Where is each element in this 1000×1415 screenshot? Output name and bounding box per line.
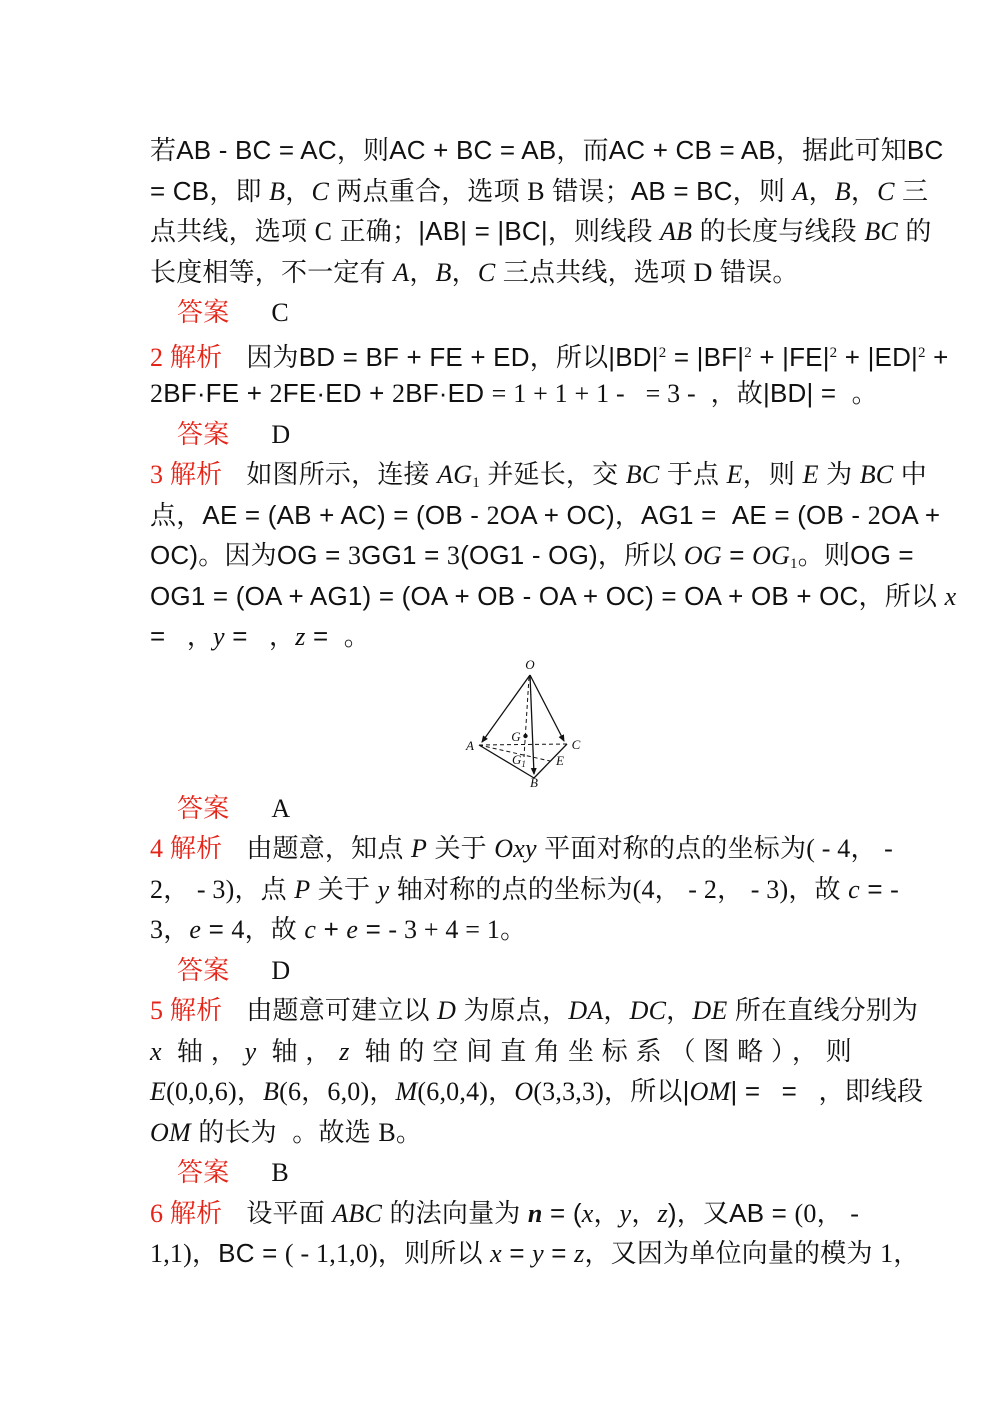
text-run: (0 — [795, 1199, 817, 1228]
text-run: y — [620, 1199, 632, 1228]
answer-line: 答案D — [150, 950, 852, 991]
text-run: x — [582, 1199, 594, 1228]
document-body: 若AB - BC = AC，则AC + BC = AB，而AC + CB = A… — [150, 130, 852, 1274]
text-run: B — [527, 177, 545, 206]
text-run: C — [877, 177, 895, 206]
text-run: 解析 — [170, 833, 222, 863]
answer-line: 答案B — [150, 1152, 852, 1193]
text-run: y — [245, 1037, 257, 1066]
text-run: GG1 = — [361, 540, 447, 570]
text-run: z — [574, 1239, 584, 1268]
text-run: DA — [568, 996, 603, 1025]
text-run: 2 — [487, 501, 500, 530]
text-run: ABC — [332, 1199, 382, 1228]
tetrahedron-figure-wrap: O A C B G G1 E — [150, 657, 852, 788]
text-run: 关于 — [427, 833, 494, 863]
answer-value: D — [271, 420, 290, 449]
text-run: ，又因为单位向量的模为 — [584, 1238, 880, 1268]
text-run: + |ED| — [837, 342, 918, 372]
answer-gap — [229, 442, 271, 443]
text-run — [222, 482, 246, 483]
text-run: ， — [452, 257, 478, 287]
text-run: ， — [269, 621, 295, 651]
text-run: C — [478, 258, 496, 287]
text-line: 点，AE = (AB + AC) = (OB - 2OA + OC)，AG1 =… — [150, 495, 852, 536]
answer-label: 答案 — [177, 793, 229, 823]
text-run — [336, 644, 344, 645]
text-run: O — [514, 1077, 533, 1106]
text-run: 正确；|AB| = |BC|，则线段 — [332, 216, 660, 246]
text-run: BF·FE + — [163, 378, 269, 408]
answer-value: D — [271, 956, 290, 985]
text-run — [173, 644, 187, 645]
text-run: 2 — [392, 379, 405, 408]
text-line: x 轴，y 轴，z 轴的空间直角坐标系（图略），则 — [150, 1031, 852, 1072]
answer-value: A — [271, 794, 290, 823]
text-run: C — [315, 217, 333, 246]
figure-label-E: E — [555, 753, 564, 768]
text-run: n — [528, 1199, 543, 1228]
text-run: 。 — [852, 378, 878, 408]
text-line: 长度相等，不一定有 A，B，C 三点共线，选项 D 错误。 — [150, 252, 852, 293]
answer-gap — [229, 978, 271, 979]
text-line: OM 的长为 。故选 B。 — [150, 1112, 852, 1153]
figure-label-G: G — [511, 729, 521, 744]
text-run: P — [411, 834, 427, 863]
text-run: ， — [603, 995, 629, 1025]
text-run: AG — [437, 460, 472, 489]
text-run: e — [346, 915, 358, 944]
figure-label-B: B — [530, 775, 538, 788]
text-run: 2 — [744, 345, 752, 361]
text-run: y — [378, 875, 390, 904]
text-run: 6 — [150, 1199, 170, 1228]
text-run — [222, 856, 246, 857]
text-run: 轴的空间直角坐标系（图略），则 — [350, 1036, 852, 1066]
text-run: 。 — [396, 1117, 422, 1147]
text-run: 因为BD = BF + FE + ED，所以|BD| — [246, 342, 658, 372]
text-run: + |FE| — [752, 342, 830, 372]
answer-label: 答案 — [177, 297, 229, 327]
text-run: )，又AB = — [668, 1198, 795, 1228]
text-run — [804, 1099, 818, 1100]
text-run: ，故 — [788, 874, 848, 904]
text-line: OG1 = (OA + AG1) = (OA + OB - OA + OC) =… — [150, 576, 852, 617]
text-run: B — [436, 258, 452, 287]
text-run: 6,0) — [327, 1077, 369, 1106]
text-run: OM — [690, 1077, 731, 1106]
vector-OA — [482, 675, 530, 742]
text-run: B — [263, 1077, 279, 1106]
text-run: E — [727, 460, 743, 489]
text-run: c — [848, 875, 860, 904]
text-run: 3 — [447, 541, 460, 570]
tetrahedron-figure: O A C B G G1 E — [450, 657, 615, 788]
text-run: z — [658, 1199, 668, 1228]
text-run: 关于 — [310, 874, 377, 904]
text-run: = ( — [543, 1198, 582, 1228]
figure-label-O: O — [525, 657, 535, 672]
text-line: E(0,0,6)，B(6，6,0)，M(6,0,4)，O(3,3,3)，所以|O… — [150, 1071, 852, 1112]
answer-line: 答案C — [150, 292, 852, 333]
answer-line: 答案A — [150, 788, 852, 829]
text-run: ，故 — [245, 914, 305, 944]
text-run — [222, 365, 246, 366]
text-run: ， — [187, 621, 213, 651]
text-run: 。故选 — [292, 1117, 378, 1147]
text-run: 错误；AB = BC，则 — [545, 176, 793, 206]
text-run: ， — [301, 1076, 327, 1106]
text-run: BC — [626, 460, 660, 489]
text-run — [768, 1099, 782, 1100]
text-run: A — [792, 177, 808, 206]
text-run: 2 — [150, 875, 163, 904]
answer-gap — [229, 320, 271, 321]
text-run: ， — [163, 914, 189, 944]
text-run: ， — [655, 874, 689, 904]
text-run: 解析 — [170, 1198, 222, 1228]
text-run: ， — [163, 874, 197, 904]
text-run: 平面对称的点的坐标为 — [537, 833, 806, 863]
text-run: ，所以| — [604, 1076, 690, 1106]
text-run: z — [295, 622, 305, 651]
text-run: = — [150, 621, 173, 651]
text-run: E — [150, 1077, 166, 1106]
text-run: 2 — [868, 501, 881, 530]
text-run: 1 — [790, 556, 798, 572]
text-run: - — [890, 875, 899, 904]
answer-value: C — [271, 298, 289, 327]
text-run: ，点 — [234, 874, 294, 904]
text-line: 1,1)，BC = ( - 1,1,0)，则所以 x = y = z，又因为单位… — [150, 1233, 852, 1274]
text-run: M — [396, 1077, 418, 1106]
text-run: 解析 — [170, 995, 222, 1025]
text-run: ( - 1,1,0) — [285, 1239, 378, 1268]
text-run: 3 — [348, 541, 361, 570]
answer-label: 答案 — [177, 955, 229, 985]
text-line: OC)。因为OG = 3GG1 = 3(OG1 - OG)，所以 OG = OG… — [150, 535, 852, 576]
text-run: 点，AE = (AB + AC) = (OB - — [150, 500, 487, 530]
text-run: = |BF| — [666, 342, 744, 372]
answer-gap — [229, 1180, 271, 1181]
text-run: + — [926, 342, 949, 372]
text-run: 轴， — [162, 1036, 245, 1066]
text-run: OC)。因为OG = — [150, 540, 348, 570]
text-run: ，BC = — [192, 1238, 285, 1268]
text-run: y — [532, 1239, 544, 1268]
text-run: 由题意，知点 — [246, 833, 411, 863]
text-run: Oxy — [494, 834, 536, 863]
text-run: 长度相等，不一定有 — [150, 257, 393, 287]
text-run: e — [189, 915, 201, 944]
text-run: - — [850, 1199, 859, 1228]
text-run: ，则所以 — [378, 1238, 490, 1268]
text-run: = — [306, 621, 336, 651]
text-run: E — [803, 460, 819, 489]
text-run: = — [502, 1238, 532, 1268]
text-run: 错误。 — [713, 257, 799, 287]
text-run: ，则 — [743, 459, 803, 489]
text-run: x — [945, 582, 957, 611]
text-run: 4 — [231, 915, 244, 944]
text-run: + — [316, 914, 346, 944]
text-run: B — [378, 1118, 396, 1147]
text-run: BF·ED — [405, 378, 491, 408]
text-run: DC — [630, 996, 667, 1025]
text-run: 2 — [270, 379, 283, 408]
answer-label: 答案 — [177, 419, 229, 449]
answer-label: 答案 — [177, 1157, 229, 1187]
answer-value: B — [271, 1158, 289, 1187]
text-run: OG1 = (OA + AG1) = (OA + OB - OA + OC) =… — [150, 581, 945, 611]
text-run: = — [225, 621, 255, 651]
text-run: (4 — [633, 875, 655, 904]
text-run: 为 — [819, 459, 860, 489]
answer-gap — [229, 816, 271, 817]
text-run: OG — [684, 541, 722, 570]
text-run: 。 — [500, 914, 526, 944]
text-run: = — [860, 874, 890, 904]
text-line: 2， - 3)，点 P 关于 y 轴对称的点的坐标为(4， - 2， - 3)，… — [150, 869, 852, 910]
text-run: 4 — [150, 834, 170, 863]
text-run: = CB，即 — [150, 176, 269, 206]
text-run: ， — [488, 1076, 514, 1106]
text-run: 三 — [895, 176, 929, 206]
text-run: 2 — [918, 345, 926, 361]
text-run: B — [269, 177, 285, 206]
point-G-dot — [523, 733, 527, 737]
text-line: 5 解析由题意可建立以 D 为原点，DA，DC，DE 所在直线分别为 — [150, 990, 852, 1031]
text-run: 两点重合，选项 — [329, 176, 527, 206]
text-run: ， — [631, 1198, 657, 1228]
text-run — [255, 644, 269, 645]
segment-O-G1-dashed — [524, 677, 529, 757]
text-run: DE — [692, 996, 727, 1025]
text-run: ， — [851, 176, 877, 206]
text-run: B — [835, 177, 851, 206]
vector-OC — [530, 675, 564, 741]
text-run: ， — [285, 176, 311, 206]
text-run: AB — [660, 217, 692, 246]
answer-line: 答案D — [150, 414, 852, 455]
text-run: ， — [593, 1198, 619, 1228]
text-run: 轴， — [256, 1036, 339, 1066]
text-run: 。 — [344, 621, 370, 651]
text-run: 的 — [898, 216, 932, 246]
text-run: ， — [817, 1198, 851, 1228]
text-run: (OG1 - OG)，所以 — [460, 540, 684, 570]
text-run: 中 — [893, 459, 927, 489]
text-run: 设平面 — [246, 1198, 332, 1228]
text-run — [724, 523, 732, 524]
text-run: 的长度与线段 — [692, 216, 864, 246]
text-run: - 3) — [197, 875, 235, 904]
text-run: ， — [851, 833, 885, 863]
edge-AC-dashed — [479, 744, 567, 745]
text-run: 于点 — [659, 459, 726, 489]
text-run — [222, 1018, 246, 1019]
text-run: 轴对称的点的坐标为 — [389, 874, 632, 904]
text-run: = — [722, 540, 752, 570]
text-run: D — [437, 996, 456, 1025]
text-run: 1 — [472, 475, 480, 491]
text-run: - 2 — [688, 875, 717, 904]
text-run: | = — [730, 1076, 767, 1106]
text-line: 点共线，选项 C 正确；|AB| = |BC|，则线段 AB 的长度与线段 BC… — [150, 211, 852, 252]
text-run: 1 — [880, 1239, 893, 1268]
text-run: FE·ED + — [283, 378, 392, 408]
text-line: = ，y = ，z = 。 — [150, 616, 852, 657]
figure-label-A: A — [465, 738, 474, 753]
text-run: 点共线，选项 — [150, 216, 315, 246]
text-run: ( - 4 — [806, 834, 850, 863]
text-run — [844, 401, 852, 402]
text-run: 并延长，交 — [480, 459, 626, 489]
text-run: 3 — [150, 460, 170, 489]
text-run: (6 — [279, 1077, 301, 1106]
text-run: 3 — [150, 915, 163, 944]
text-run: ， — [717, 874, 751, 904]
text-run: 由题意可建立以 — [246, 995, 437, 1025]
text-run: 的法向量为 — [382, 1198, 528, 1228]
figure-label-C: C — [572, 737, 581, 752]
text-run: - 3 + 4 = 1 — [388, 915, 500, 944]
text-run: 2 — [150, 343, 170, 372]
text-run: 的长为 — [191, 1117, 284, 1147]
text-run: 2 — [150, 379, 163, 408]
text-run: BC — [864, 217, 898, 246]
text-line: 2 解析因为BD = BF + FE + ED，所以|BD|2 = |BF|2 … — [150, 333, 852, 374]
text-run: ，即线段 — [818, 1076, 923, 1106]
text-run: ， — [409, 257, 435, 287]
text-line: 4 解析由题意，知点 P 关于 Oxy 平面对称的点的坐标为( - 4， - — [150, 828, 852, 869]
text-run: OA + — [881, 500, 940, 530]
text-run: P — [294, 875, 310, 904]
text-run: x — [150, 1037, 162, 1066]
text-run: = 3 - — [646, 379, 703, 408]
text-run: 1,1) — [150, 1239, 192, 1268]
text-run: (3,3,3) — [533, 1077, 604, 1106]
text-run: (6,0,4) — [417, 1077, 488, 1106]
text-run: ， — [666, 995, 692, 1025]
text-line: 3 解析如图所示，连接 AG1 并延长，交 BC 于点 E，则 E 为 BC 中 — [150, 454, 852, 495]
text-run: 所在直线分别为 — [727, 995, 918, 1025]
text-line: = CB，即 B，C 两点重合，选项 B 错误；AB = BC，则 A，B，C … — [150, 171, 852, 212]
text-run: c — [304, 915, 316, 944]
text-run: OG — [752, 541, 790, 570]
text-run: (0,0,6) — [166, 1077, 237, 1106]
text-line: 若AB - BC = AC，则AC + BC = AB，而AC + CB = A… — [150, 130, 852, 171]
text-line: 3，e = 4，故 c + e = - 3 + 4 = 1。 — [150, 909, 852, 950]
text-run: - — [884, 834, 893, 863]
text-run: ，故|BD| = — [711, 378, 844, 408]
text-run: = — [201, 914, 231, 944]
text-run — [632, 401, 646, 402]
text-run: AE = (OB - — [732, 500, 868, 530]
text-run: x — [490, 1239, 502, 1268]
text-run: ， — [809, 176, 835, 206]
text-run: ， — [893, 1238, 919, 1268]
text-run: 为原点， — [456, 995, 568, 1025]
vector-OB — [530, 675, 534, 774]
text-run: D — [694, 258, 713, 287]
text-run: 如图所示，连接 — [246, 459, 437, 489]
text-run: C — [311, 177, 329, 206]
text-run: = 1 + 1 + 1 - — [492, 379, 632, 408]
text-run: 5 — [150, 996, 170, 1025]
text-run: y — [213, 622, 225, 651]
text-run: = — [782, 1076, 805, 1106]
text-run: 。则OG = — [798, 540, 914, 570]
text-run: 若AB - BC = AC，则AC + BC = AB，而AC + CB = A… — [150, 135, 943, 165]
text-line: 2BF·FE + 2FE·ED + 2BF·ED = 1 + 1 + 1 - =… — [150, 373, 852, 414]
text-run: = — [544, 1238, 574, 1268]
document-page: 若AB - BC = AC，则AC + BC = AB，而AC + CB = A… — [0, 0, 1000, 1415]
text-run: BC — [860, 460, 894, 489]
text-run — [222, 1221, 246, 1222]
text-run: 三点共线，选项 — [495, 257, 693, 287]
text-run: OA + OC)，AG1 = — [500, 500, 724, 530]
text-run: A — [393, 258, 409, 287]
text-run: 解析 — [170, 342, 222, 372]
text-line: 6 解析设平面 ABC 的法向量为 n = (x，y，z)，又AB = (0， … — [150, 1193, 852, 1234]
text-run: OM — [150, 1118, 191, 1147]
text-run: - 3) — [751, 875, 789, 904]
text-run — [703, 401, 711, 402]
text-run: ， — [237, 1076, 263, 1106]
text-run: 解析 — [170, 459, 222, 489]
text-run: = — [358, 914, 388, 944]
text-run: ， — [369, 1076, 395, 1106]
text-run: z — [339, 1037, 349, 1066]
